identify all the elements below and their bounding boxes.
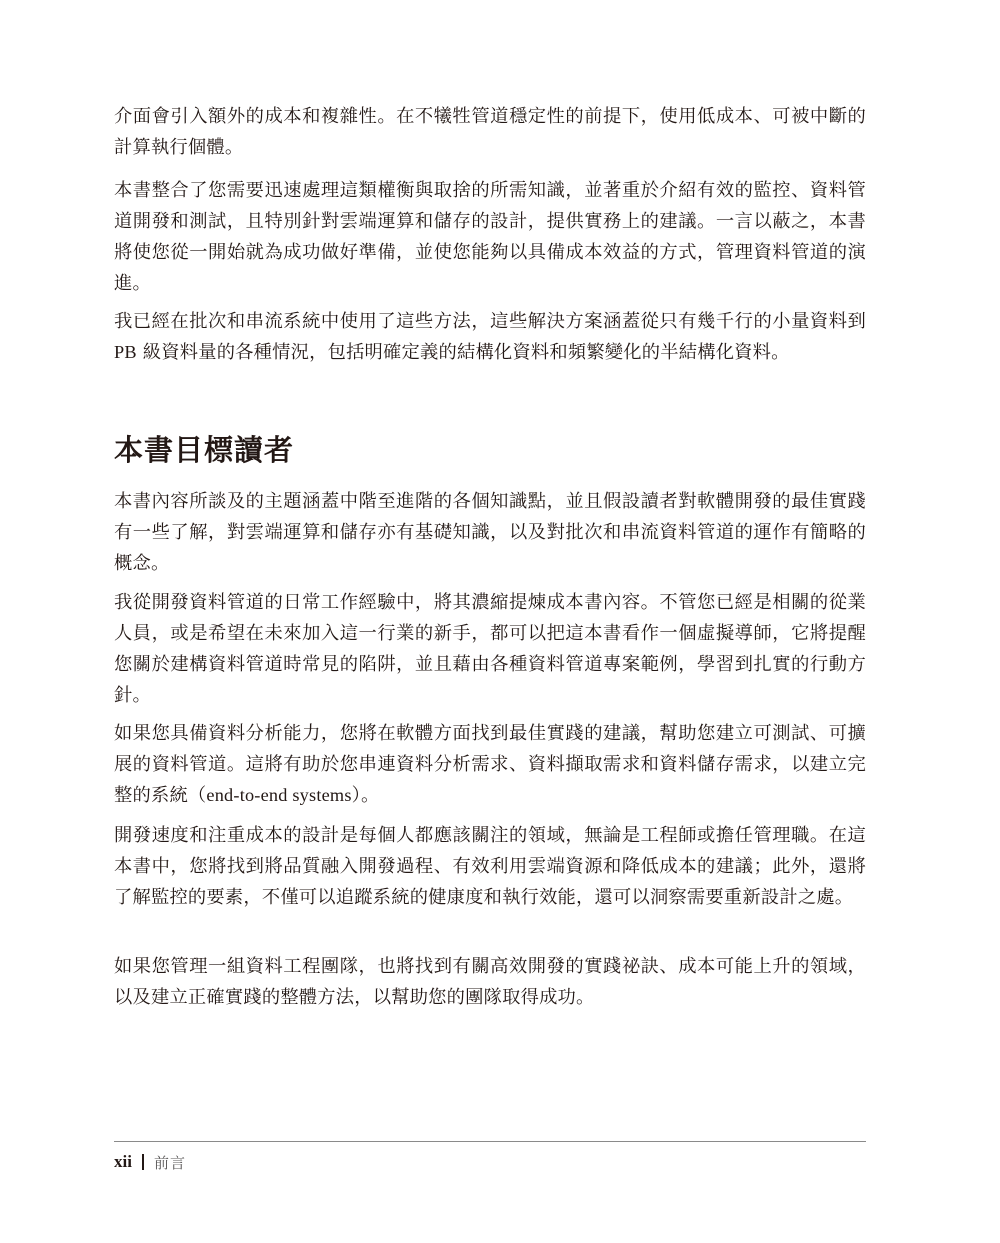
paragraph-text: ）。 (352, 785, 380, 806)
latin-term: PB (114, 342, 137, 362)
paragraph-audience-4: 開發速度和注重成本的設計是每個人都應該關注的領域，無論是工程師或擔任管理職。在這… (114, 820, 866, 913)
latin-term: end-to-end systems (206, 785, 351, 805)
page-footer: xii 前言 (114, 1151, 186, 1173)
chapter-title: 前言 (154, 1152, 186, 1173)
paragraph-audience-1: 本書內容所談及的主題涵蓋中階至進階的各個知識點，並且假設讀者對軟體開發的最佳實踐… (114, 486, 866, 579)
page-number: xii (114, 1152, 132, 1172)
paragraph-text: 我已經在批次和串流系統中使用了這些方法，這些解決方案涵蓋從只有幾千行的小量資料到 (114, 311, 866, 332)
paragraph-intro-2: 本書整合了您需要迅速處理這類權衡與取捨的所需知識，並著重於介紹有效的監控、資料管… (114, 175, 866, 299)
paragraph-intro-3: 我已經在批次和串流系統中使用了這些方法，這些解決方案涵蓋從只有幾千行的小量資料到… (114, 306, 866, 368)
footer-divider (114, 1141, 866, 1142)
paragraph-text: 級資料量的各種情況，包括明確定義的結構化資料和頻繁變化的半結構化資料。 (137, 342, 790, 363)
paragraph-audience-2: 我從開發資料管道的日常工作經驗中，將其濃縮提煉成本書內容。不管您已經是相關的從業… (114, 587, 866, 711)
paragraph-audience-3: 如果您具備資料分析能力，您將在軟體方面找到最佳實踐的建議，幫助您建立可測試、可擴… (114, 718, 866, 811)
footer-separator (142, 1154, 144, 1170)
section-heading: 本書目標讀者 (114, 430, 294, 470)
paragraph-audience-5: 如果您管理一組資料工程團隊，也將找到有關高效開發的實踐祕訣、成本可能上升的領域，… (114, 951, 866, 1013)
paragraph-intro-1: 介面會引入額外的成本和複雜性。在不犧牲管道穩定性的前提下，使用低成本、可被中斷的… (114, 101, 866, 163)
